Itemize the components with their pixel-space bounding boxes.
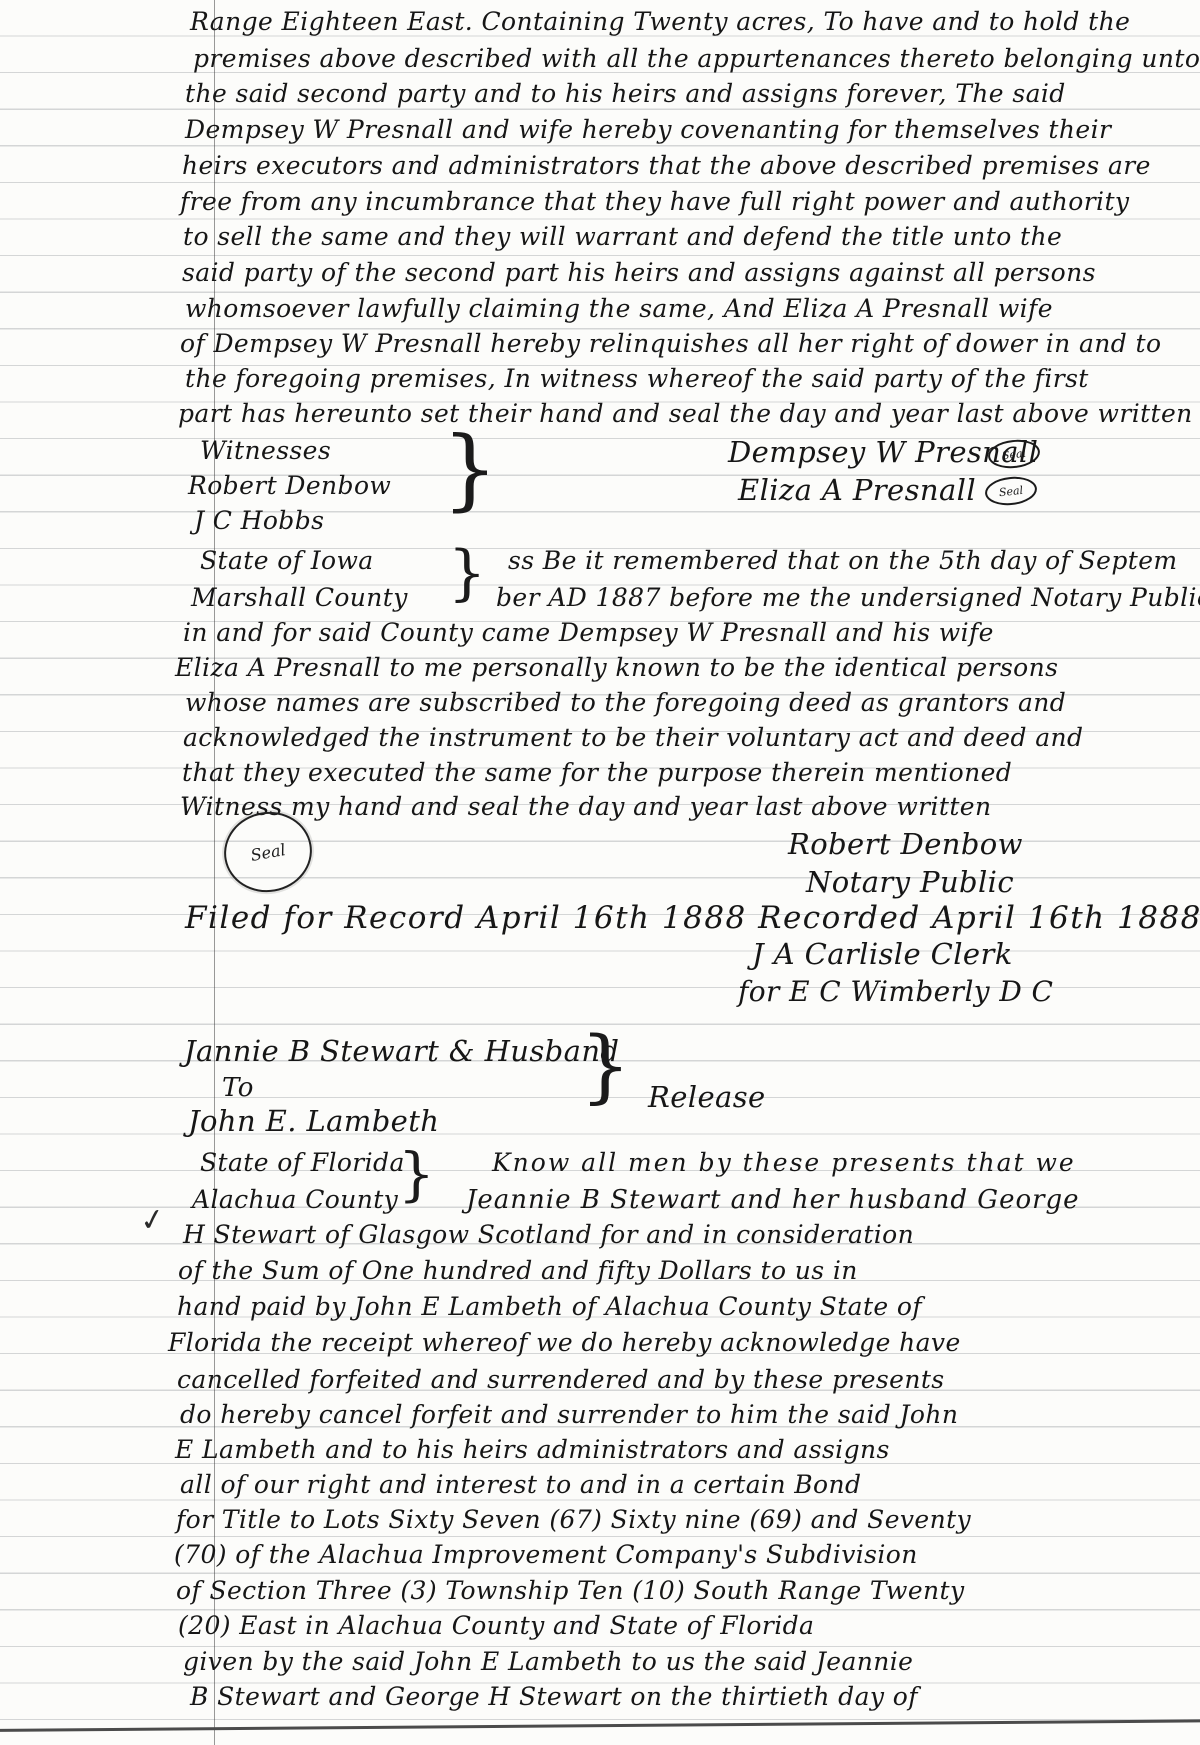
ack-county-label: Marshall County — [191, 584, 408, 612]
witness-name: Robert Denbow — [188, 472, 391, 500]
release-text-line: Florida the receipt whereof we do hereby… — [168, 1329, 961, 1357]
witness-brace — [442, 425, 498, 513]
ack-text-line: ber AD 1887 before me the undersigned No… — [496, 584, 1200, 612]
release-text-line: of the Sum of One hundred and fifty Doll… — [178, 1257, 858, 1285]
deed-text-line: Range Eighteen East. Containing Twenty a… — [190, 8, 1130, 36]
deed-text-line: part has hereunto set their hand and sea… — [178, 400, 1193, 428]
release-text-line: hand paid by John E Lambeth of Alachua C… — [177, 1293, 922, 1321]
caption-party2: John E. Lambeth — [188, 1106, 439, 1138]
seal-text: Seal — [249, 840, 287, 865]
release-text-line: do hereby cancel forfeit and surrender t… — [180, 1401, 958, 1429]
notary-signature: Robert Denbow — [788, 829, 1023, 861]
release-text-line: Jeannie B Stewart and her husband George — [466, 1186, 1080, 1215]
deed-text-line: premises above described with all the ap… — [193, 45, 1200, 73]
release-text-line: all of our right and interest to and in … — [180, 1471, 861, 1499]
release-text-line: B Stewart and George H Stewart on the th… — [190, 1683, 918, 1711]
witnesses-label: Witnesses — [200, 437, 331, 465]
seal-text: Seal — [1001, 446, 1026, 461]
deed-text-line: free from any incumbrance that they have… — [180, 188, 1129, 216]
deed-text-line: the said second party and to his heirs a… — [185, 80, 1066, 108]
ledger-page: Range Eighteen East. Containing Twenty a… — [0, 0, 1200, 1745]
clerk-signature: J A Carlisle Clerk — [752, 939, 1013, 971]
margin-check-mark: ✓ — [137, 1201, 168, 1240]
seal-mark: Seal — [984, 474, 1039, 507]
caption-party1: Jannie B Stewart & Husband — [184, 1036, 619, 1068]
deed-text-line: Dempsey W Presnall and wife hereby coven… — [185, 116, 1111, 144]
ack-text-line: that they executed the same for the purp… — [182, 759, 1012, 787]
ack-text-line: in and for said County came Dempsey W Pr… — [183, 619, 994, 647]
caption-to-label: To — [222, 1074, 254, 1103]
filing-line: Filed for Record April 16th 1888 Recorde… — [185, 901, 1200, 935]
ack-brace — [448, 543, 486, 603]
page-bottom-edge — [0, 1719, 1200, 1732]
ack-text-line: acknowledged the instrument to be their … — [183, 724, 1083, 752]
deed-text-line: whomsoever lawfully claiming the same, A… — [185, 295, 1053, 323]
caption-brace — [580, 1026, 631, 1106]
seal-text: Seal — [998, 483, 1023, 498]
ack-text-line: Witness my hand and seal the day and yea… — [180, 793, 992, 821]
deed-text-line: said party of the second part his heirs … — [182, 259, 1096, 287]
deed-text-line: to sell the same and they will warrant a… — [183, 223, 1062, 251]
release-brace — [398, 1145, 435, 1203]
ack-text-line: whose names are subscribed to the forego… — [185, 689, 1066, 717]
grantor-signature: Eliza A Presnall — [738, 475, 976, 507]
release-text-line: (20) East in Alachua County and State of… — [178, 1612, 814, 1640]
caption-doc-type: Release — [648, 1082, 766, 1114]
ack-text-line: ss Be it remembered that on the 5th day … — [508, 547, 1178, 575]
release-text-line: of Section Three (3) Township Ten (10) S… — [176, 1577, 965, 1605]
release-county-label: Alachua County — [192, 1186, 398, 1214]
release-text-line: (70) of the Alachua Improvement Company'… — [174, 1541, 918, 1569]
deed-text-line: heirs executors and administrators that … — [182, 152, 1151, 180]
release-text-line: cancelled forfeited and surrendered and … — [177, 1366, 945, 1394]
release-text-line: E Lambeth and to his heirs administrator… — [175, 1436, 890, 1464]
witness-name: J C Hobbs — [194, 507, 324, 535]
ack-state-label: State of Iowa — [200, 547, 374, 575]
deed-text-line: the foregoing premises, In witness where… — [185, 365, 1089, 393]
deputy-clerk-signature: for E C Wimberly D C — [738, 977, 1053, 1008]
release-text-line: H Stewart of Glasgow Scotland for and in… — [183, 1221, 914, 1249]
release-text-line: Know all men by these presents that we — [492, 1149, 1076, 1177]
deed-text-line: of Dempsey W Presnall hereby relinquishe… — [180, 330, 1161, 358]
ack-text-line: Eliza A Presnall to me personally known … — [175, 654, 1058, 682]
release-text-line: given by the said John E Lambeth to us t… — [183, 1648, 913, 1676]
release-text-line: for Title to Lots Sixty Seven (67) Sixty… — [176, 1506, 971, 1534]
notary-title: Notary Public — [806, 867, 1014, 899]
release-state-label: State of Florida — [200, 1149, 405, 1177]
